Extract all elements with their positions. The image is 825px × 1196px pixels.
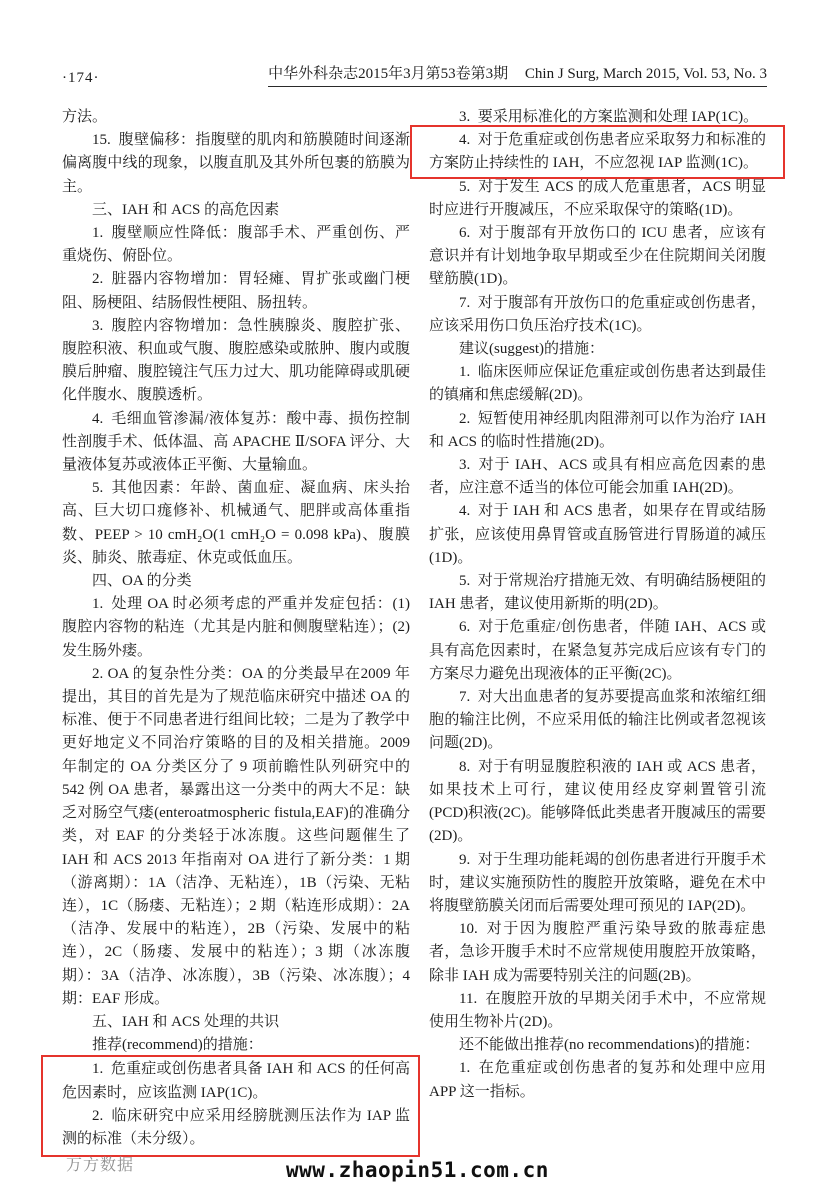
paragraph: 6. 对于腹部有开放伤口的 ICU 患者，应该有意识并有计划地争取早期或至少在住… [429, 222, 766, 292]
page-number: ·174· [62, 70, 100, 87]
paragraph: 4. 对于 IAH 和 ACS 患者，如果存在胃或结肠扩张，应该使用鼻胃管或直肠… [429, 500, 766, 570]
paragraph: 2. 临床研究中应采用经膀胱测压法作为 IAP 监测的标准（未分级）。 [62, 1105, 410, 1151]
wanfang-data-logo: 万方数据 [66, 1152, 134, 1175]
journal-citation: 中华外科杂志2015年3月第53卷第3期 Chin J Surg, March … [268, 62, 767, 87]
left-column-paragraphs: 15. 腹壁偏移：指腹壁的肌肉和筋膜随时间逐渐偏离腹中线的现象，以腹直肌及其外所… [62, 129, 410, 1057]
paragraph: 6. 对于危重症/创伤患者，伴随 IAH、ACS 或具有高危因素时，在紧急复苏完… [429, 616, 766, 686]
paragraph: 8. 对于有明显腹腔积液的 IAH 或 ACS 患者，如果技术上可行，建议使用经… [429, 756, 766, 849]
paragraph: 9. 对于生理功能耗竭的创伤患者进行开腹手术时，建议实施预防性的腹腔开放策略，避… [429, 849, 766, 919]
right-column-paragraphs: 3. 要采用标准化的方案监测和处理 IAP(1C)。4. 对于危重症或创伤患者应… [429, 106, 766, 1104]
paragraph: 1. 危重症或创伤患者具备 IAH 和 ACS 的任何高危因素时，应该监测 IA… [62, 1058, 410, 1104]
paragraph: 7. 对于腹部有开放伤口的危重症或创伤患者，应该采用伤口负压治疗技术(1C)。 [429, 292, 766, 338]
paragraph: 5. 对于发生 ACS 的成人危重患者，ACS 明显时应进行开腹减压，不应采取保… [429, 176, 766, 222]
paragraph: 1. 处理 OA 时必须考虑的严重并发症包括：(1)腹腔内容物的粘连（尤其是内脏… [62, 593, 410, 663]
paragraph: 五、IAH 和 ACS 处理的共识 [62, 1011, 410, 1034]
paragraph: 7. 对大出血患者的复苏要提高血浆和浓缩红细胞的输注比例，不应采用低的输注比例或… [429, 686, 766, 756]
journal-page: ·174· 中华外科杂志2015年3月第53卷第3期 Chin J Surg, … [0, 0, 825, 1196]
page-header: ·174· 中华外科杂志2015年3月第53卷第3期 Chin J Surg, … [62, 62, 767, 87]
paragraph: 11. 在腹腔开放的早期关闭手术中，不应常规使用生物补片(2D)。 [429, 988, 766, 1034]
paragraph: 1. 腹壁顺应性降低：腹部手术、严重创伤、严重烧伤、俯卧位。 [62, 222, 410, 268]
paragraph: 3. 腹腔内容物增加：急性胰腺炎、腹腔扩张、腹腔积液、积血或气腹、腹腔感染或脓肿… [62, 315, 410, 408]
watermark-url: www.zhaopin51.com.cn [286, 1158, 549, 1182]
paragraph: 1. 在危重症或创伤患者的复苏和处理中应用 APP 这一指标。 [429, 1057, 766, 1103]
journal-title-en: Chin J Surg, March 2015, Vol. 53, No. 3 [525, 66, 767, 82]
left-column: 方法。 15. 腹壁偏移：指腹壁的肌肉和筋膜随时间逐渐偏离腹中线的现象，以腹直肌… [62, 106, 410, 1157]
paragraph: 10. 对于因为腹腔严重污染导致的脓毒症患者，急诊开腹手术时不应常规使用腹腔开放… [429, 918, 766, 988]
left-boxed-paragraphs: 1. 危重症或创伤患者具备 IAH 和 ACS 的任何高危因素时，应该监测 IA… [62, 1058, 410, 1151]
paragraph: 推荐(recommend)的措施： [62, 1034, 410, 1057]
paragraph: 还不能做出推荐(no recommendations)的措施： [429, 1034, 766, 1057]
paragraph: 四、OA 的分类 [62, 570, 410, 593]
right-column: 3. 要采用标准化的方案监测和处理 IAP(1C)。4. 对于危重症或创伤患者应… [429, 106, 766, 1104]
paragraph: 5. 对于常规治疗措施无效、有明确结肠梗阻的 IAH 患者，建议使用新斯的明(2… [429, 570, 766, 616]
paragraph: 4. 毛细血管渗漏/液体复苏：酸中毒、损伤控制性剖腹手术、低体温、高 APACH… [62, 408, 410, 478]
paragraph: 2. OA 的复杂性分类：OA 的分类最早在2009 年提出，其目的首先是为了规… [62, 663, 410, 1011]
paragraph: 4. 对于危重症或创伤患者应采取努力和标准的方案防止持续性的 IAH，不应忽视 … [429, 129, 766, 175]
continuation-paragraph: 方法。 [62, 106, 410, 129]
paragraph: 2. 脏器内容物增加：胃轻瘫、胃扩张或幽门梗阻、肠梗阻、结肠假性梗阻、肠扭转。 [62, 268, 410, 314]
paragraph: 建议(suggest)的措施： [429, 338, 766, 361]
journal-title-cn: 中华外科杂志2015年3月第53卷第3期 [268, 66, 508, 82]
paragraph: 15. 腹壁偏移：指腹壁的肌肉和筋膜随时间逐渐偏离腹中线的现象，以腹直肌及其外所… [62, 129, 410, 199]
paragraph: 1. 临床医师应保证危重症或创伤患者达到最佳的镇痛和焦虑缓解(2D)。 [429, 361, 766, 407]
paragraph: 3. 对于 IAH、ACS 或具有相应高危因素的患者，应注意不适当的体位可能会加… [429, 454, 766, 500]
paragraph: 5. 其他因素：年龄、菌血症、凝血病、床头抬高、巨大切口痝修补、机械通气、肥胖或… [62, 477, 410, 570]
highlight-box-left: 1. 危重症或创伤患者具备 IAH 和 ACS 的任何高危因素时，应该监测 IA… [41, 1055, 420, 1157]
paragraph: 2. 短暂使用神经肌肉阻滞剂可以作为治疗 IAH 和 ACS 的临时性措施(2D… [429, 408, 766, 454]
paragraph: 三、IAH 和 ACS 的高危因素 [62, 199, 410, 222]
paragraph: 3. 要采用标准化的方案监测和处理 IAP(1C)。 [429, 106, 766, 129]
